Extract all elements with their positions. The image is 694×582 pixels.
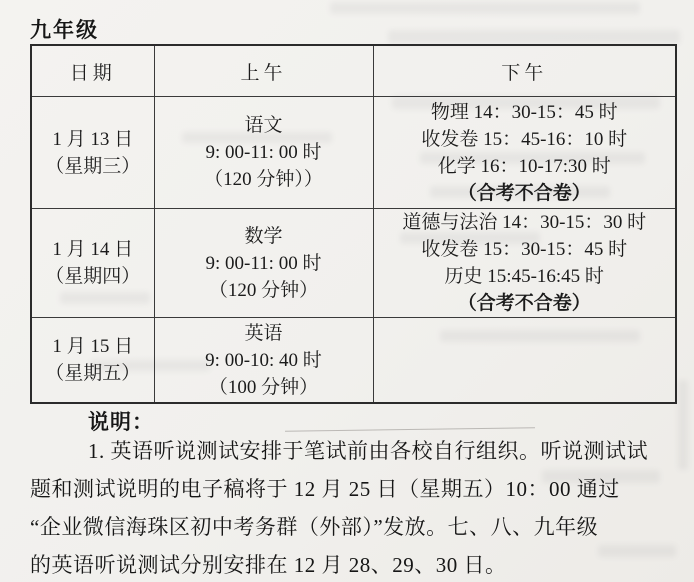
- date-cell: 1 月 15 日 （星期五）: [31, 318, 154, 404]
- col-header-afternoon: 下午: [373, 45, 676, 97]
- scanned-document-page: 九年级 日期 上午 下午 1 月 13 日 （星期三） 语文 9: 00-11:…: [0, 0, 694, 582]
- morning-cell: 语文 9: 00-11: 00 时 （120 分钟））: [154, 97, 373, 209]
- cell-line: 化学 16：10-17:30 时: [374, 153, 676, 180]
- date-cell: 1 月 14 日 （星期四）: [31, 209, 154, 318]
- afternoon-cell: 道德与法治 14：30-15：30 时 收发卷 15：30-15：45 时 历史…: [373, 209, 676, 318]
- cell-line: 语文: [155, 112, 373, 139]
- cell-line: （100 分钟）: [155, 374, 373, 401]
- col-header-morning: 上午: [154, 45, 373, 97]
- cell-line: 9: 00-11: 00 时: [155, 250, 373, 277]
- cell-line: 数学: [155, 223, 373, 250]
- cell-line: 1 月 14 日: [32, 236, 154, 263]
- notes-paragraph: 1. 英语听说测试安排于笔试前由各校自行组织。听说测试试 题和测试说明的电子稿将…: [30, 432, 678, 582]
- table-row: 1 月 13 日 （星期三） 语文 9: 00-11: 00 时 （120 分钟…: [31, 97, 676, 209]
- cell-line: 1 月 13 日: [32, 126, 154, 153]
- morning-cell: 数学 9: 00-11: 00 时 （120 分钟）: [154, 209, 373, 318]
- morning-cell: 英语 9: 00-10: 40 时 （100 分钟）: [154, 318, 373, 404]
- cell-line: （120 分钟）: [155, 277, 373, 304]
- cell-line: （星期五）: [32, 360, 154, 387]
- page-title: 九年级: [30, 14, 99, 44]
- cell-line: （120 分钟））: [155, 166, 373, 193]
- afternoon-cell-empty: [373, 318, 676, 404]
- notes-line: 的英语听说测试分别安排在 12 月 28、29、30 日。: [30, 546, 678, 582]
- cell-line-bold: （合考不合卷）: [374, 290, 676, 317]
- cell-line: 道德与法治 14：30-15：30 时: [374, 209, 676, 236]
- table-row: 1 月 15 日 （星期五） 英语 9: 00-10: 40 时 （100 分钟…: [31, 318, 676, 404]
- notes-line: 1. 英语听说测试安排于笔试前由各校自行组织。听说测试试: [30, 432, 678, 470]
- cell-line: 1 月 15 日: [32, 333, 154, 360]
- bleedthrough-smudge: [388, 30, 680, 44]
- notes-line: 题和测试说明的电子稿将于 12 月 25 日（星期五）10：00 通过: [30, 470, 678, 508]
- date-cell: 1 月 13 日 （星期三）: [31, 97, 154, 209]
- cell-line-bold: （合考不合卷）: [374, 180, 676, 207]
- cell-line: 收发卷 15：30-15：45 时: [374, 236, 676, 263]
- table-header-row: 日期 上午 下午: [31, 45, 676, 97]
- cell-line: 历史 15:45-16:45 时: [374, 263, 676, 290]
- bleedthrough-smudge: [330, 2, 640, 14]
- notes-line: “企业微信海珠区初中考务群（外部）”发放。七、八、九年级: [30, 508, 678, 546]
- cell-line: （星期四）: [32, 263, 154, 290]
- bleedthrough-smudge: [678, 380, 688, 470]
- cell-line: 9: 00-11: 00 时: [155, 139, 373, 166]
- table-row: 1 月 14 日 （星期四） 数学 9: 00-11: 00 时 （120 分钟…: [31, 209, 676, 318]
- cell-line: 英语: [155, 320, 373, 347]
- cell-line: 收发卷 15：45-16：10 时: [374, 126, 676, 153]
- cell-line: 物理 14：30-15：45 时: [374, 99, 676, 126]
- col-header-date: 日期: [31, 45, 154, 97]
- cell-line: （星期三）: [32, 153, 154, 180]
- cell-line: 9: 00-10: 40 时: [155, 347, 373, 374]
- afternoon-cell: 物理 14：30-15：45 时 收发卷 15：45-16：10 时 化学 16…: [373, 97, 676, 209]
- exam-schedule-table: 日期 上午 下午 1 月 13 日 （星期三） 语文 9: 00-11: 00 …: [30, 44, 677, 404]
